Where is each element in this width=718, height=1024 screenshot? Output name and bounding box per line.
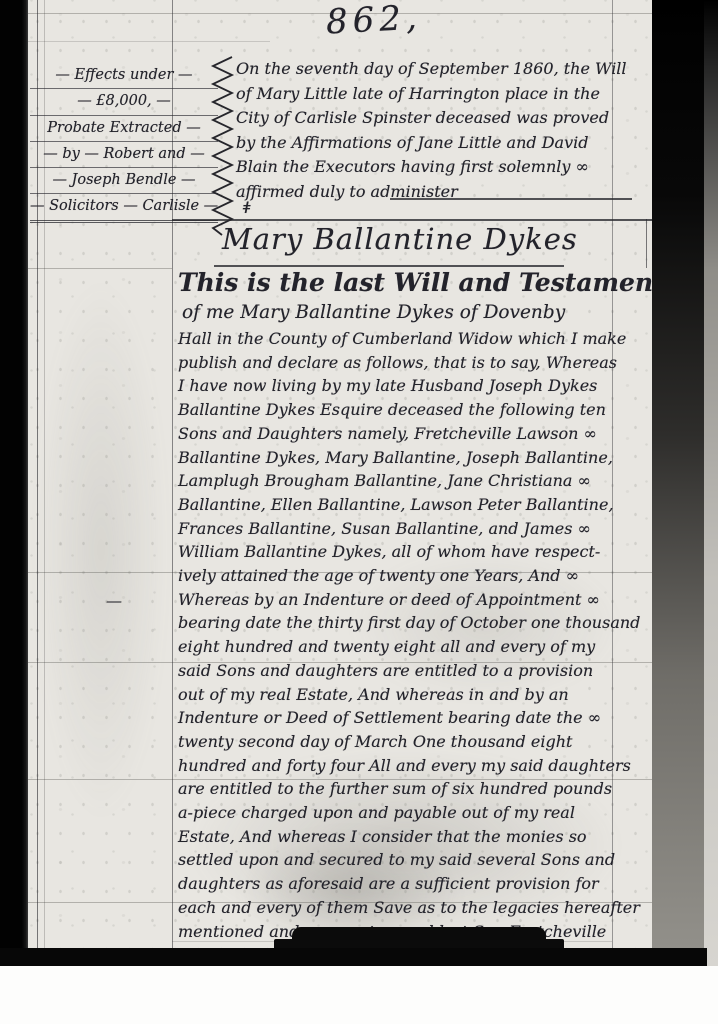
bottom-scan-edge [0,948,707,966]
scan-blotch [36,280,166,820]
will-body-text: Hall in the County of Cumberland Widow w… [178,327,650,943]
text-line: — Solicitors — Carlisle — [30,194,218,222]
entry-heading: Mary Ballantine Dykes [222,222,578,256]
text-line: bearing date the thirty first day of Oct… [178,611,650,635]
text-line: by the Affirmations of Jane Little and D… [236,131,656,156]
text-line: Hall in the County of Cumberland Widow w… [178,327,650,351]
text-line: a-piece charged upon and payable out of … [178,801,650,825]
text-line: Probate Extracted — [30,116,218,142]
text-line: — Joseph Bendle — [30,168,218,194]
will-second-line: of me Mary Ballantine Dykes of Dovenby [182,302,565,323]
page-number: 862, [325,0,423,42]
right-page-edge [704,0,718,966]
text-line: out of my real Estate, And whereas in an… [178,683,650,707]
text-line: William Ballantine Dykes, all of whom ha… [178,540,650,564]
text-line: — £8,000, — [30,89,218,115]
text-line: each and every of them Save as to the le… [178,896,650,920]
text-line: eight hundred and twenty eight all and e… [178,635,650,659]
text-line: are entitled to the further sum of six h… [178,777,650,801]
paraph-mark: ǂ [243,198,248,217]
text-line: Ballantine, Ellen Ballantine, Lawson Pet… [178,493,650,517]
text-line: Lamplugh Brougham Ballantine, Jane Chris… [178,469,650,493]
text-line: City of Carlisle Spinster deceased was p… [236,106,656,131]
text-line: said Sons and daughters are entitled to … [178,659,650,683]
left-scan-edge [0,0,28,966]
text-line: Ballantine Dykes Esquire deceased the fo… [178,398,650,422]
text-line: hundred and forty four All and every my … [178,754,650,778]
text-line: affirmed duly to administer [236,180,656,205]
text-line: — by — Robert and — [30,142,218,168]
text-line: settled upon and secured to my said seve… [178,848,650,872]
text-line: of Mary Little late of Harrington place … [236,82,656,107]
ruled-line-horizontal [0,41,270,42]
right-scan-edge-band [652,0,708,966]
text-line: Ballantine Dykes, Mary Ballantine, Josep… [178,446,650,470]
text-line: Frances Ballantine, Susan Ballantine, an… [178,517,650,541]
probate-paragraph: On the seventh day of September 1860, th… [236,57,656,205]
heading-underline [214,265,564,267]
margin-dash-mark: — [106,591,122,610]
rule-above-heading [172,219,655,221]
text-line: — Effects under — [30,63,218,89]
text-line: Sons and Daughters namely, Fretcheville … [178,422,650,446]
will-opening-line: This is the last Will and Testament [178,268,665,297]
text-line: I have now living by my late Husband Jos… [178,374,650,398]
scanned-document-page: 862, — Effects under —— £8,000, —Probate… [0,0,718,1024]
text-line: Estate, And whereas I consider that the … [178,825,650,849]
text-line: Blain the Executors having first solemnl… [236,155,656,180]
text-line: Whereas by an Indenture or deed of Appoi… [178,588,650,612]
text-line: On the seventh day of September 1860, th… [236,57,656,82]
text-line: ively attained the age of twenty one Yea… [178,564,650,588]
text-line: publish and declare as follows, that is … [178,351,650,375]
text-line: daughters as aforesaid are a sufficient … [178,872,650,896]
text-line: Indenture or Deed of Settlement bearing … [178,706,650,730]
heading-box-vertical [646,219,647,268]
margin-annotation: — Effects under —— £8,000, —Probate Extr… [30,63,218,223]
text-line: twenty second day of March One thousand … [178,730,650,754]
bottom-white-margin [0,966,718,1024]
